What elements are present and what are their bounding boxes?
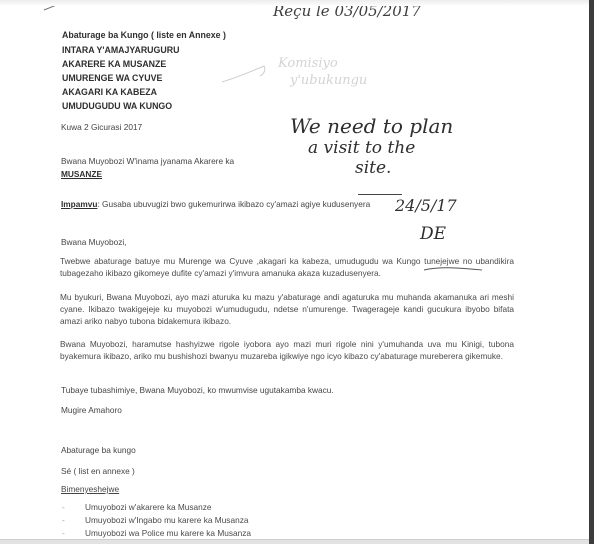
bullet-dash-icon: - (62, 528, 65, 538)
note-line-3: site. (355, 158, 391, 178)
underline-stroke-icon (420, 262, 500, 274)
note-line-1: We need to plan (290, 114, 453, 138)
subject-label: Impamvu (61, 199, 97, 209)
paragraph-3: Bwana Muyobozi, haramutse hashyizwe rigo… (60, 338, 514, 362)
addressee-district: MUSANZE (61, 169, 102, 179)
address-line-cell: AKAGARI KA KABEZA (62, 87, 157, 97)
note-underline (358, 194, 402, 195)
signature-line: Abaturage ba kungo (61, 445, 136, 455)
addressee-line: Bwana Muyobozi W'inama jyanama Akarere k… (61, 156, 234, 166)
note-date: 24/5/17 (395, 196, 457, 215)
cc-item: -Umuyobozi wa Police mu karere ka Musanz… (85, 528, 251, 538)
faded-note-line-2: y'ubukungu (290, 73, 367, 88)
address-line-district: AKARERE KA MUSANZE (62, 59, 166, 69)
paragraph-4: Tubaye tubashimiye, Bwana Muyobozi, ko m… (61, 385, 334, 395)
paragraph-2: Mu byukuri, Bwana Muyobozi, ayo mazi atu… (60, 291, 514, 327)
letter-date: Kuwa 2 Gicurasi 2017 (61, 122, 142, 132)
horizontal-scrollbar[interactable] (0, 539, 589, 544)
address-line-province: INTARA Y'AMAJYARUGURU (62, 45, 179, 55)
salutation: Bwana Muyobozi, (61, 237, 127, 247)
cc-item: -Umuyobozi w'Ingabo mu karere ka Musanza (85, 515, 248, 525)
cc-item: -Umuyobozi w'akarere ka Musanze (85, 502, 212, 512)
vertical-scrollbar[interactable] (589, 0, 594, 544)
bullet-dash-icon: - (62, 515, 65, 525)
arrow-icon (220, 58, 270, 88)
cc-title: Bimenyeshejwe (61, 484, 119, 494)
address-line-village: UMUDUGUDU WA KUNGO (62, 101, 172, 111)
note-line-2: a visit to the (308, 138, 415, 158)
address-line-sector: UMURENGE WA CYUVE (62, 73, 162, 83)
note-initials: DE (420, 224, 446, 244)
closing: Mugire Amahoro (61, 405, 122, 415)
faded-note-line-1: Komisiyo (278, 56, 338, 71)
subject-text: : Gusaba ubuvugizi bwo gukemurirwa ikiba… (97, 199, 370, 209)
viewer-top-edge (0, 0, 594, 6)
signature-annex: Sé ( list en annexe ) (61, 466, 135, 476)
bullet-dash-icon: - (62, 502, 65, 512)
recipients-line: Abaturage ba Kungo ( liste en Annexe ) (62, 30, 226, 40)
scanned-letter-page: Abaturage ba Kungo ( liste en Annexe ) I… (0, 0, 589, 539)
subject-line: Impamvu: Gusaba ubuvugizi bwo gukemurirw… (61, 199, 370, 209)
